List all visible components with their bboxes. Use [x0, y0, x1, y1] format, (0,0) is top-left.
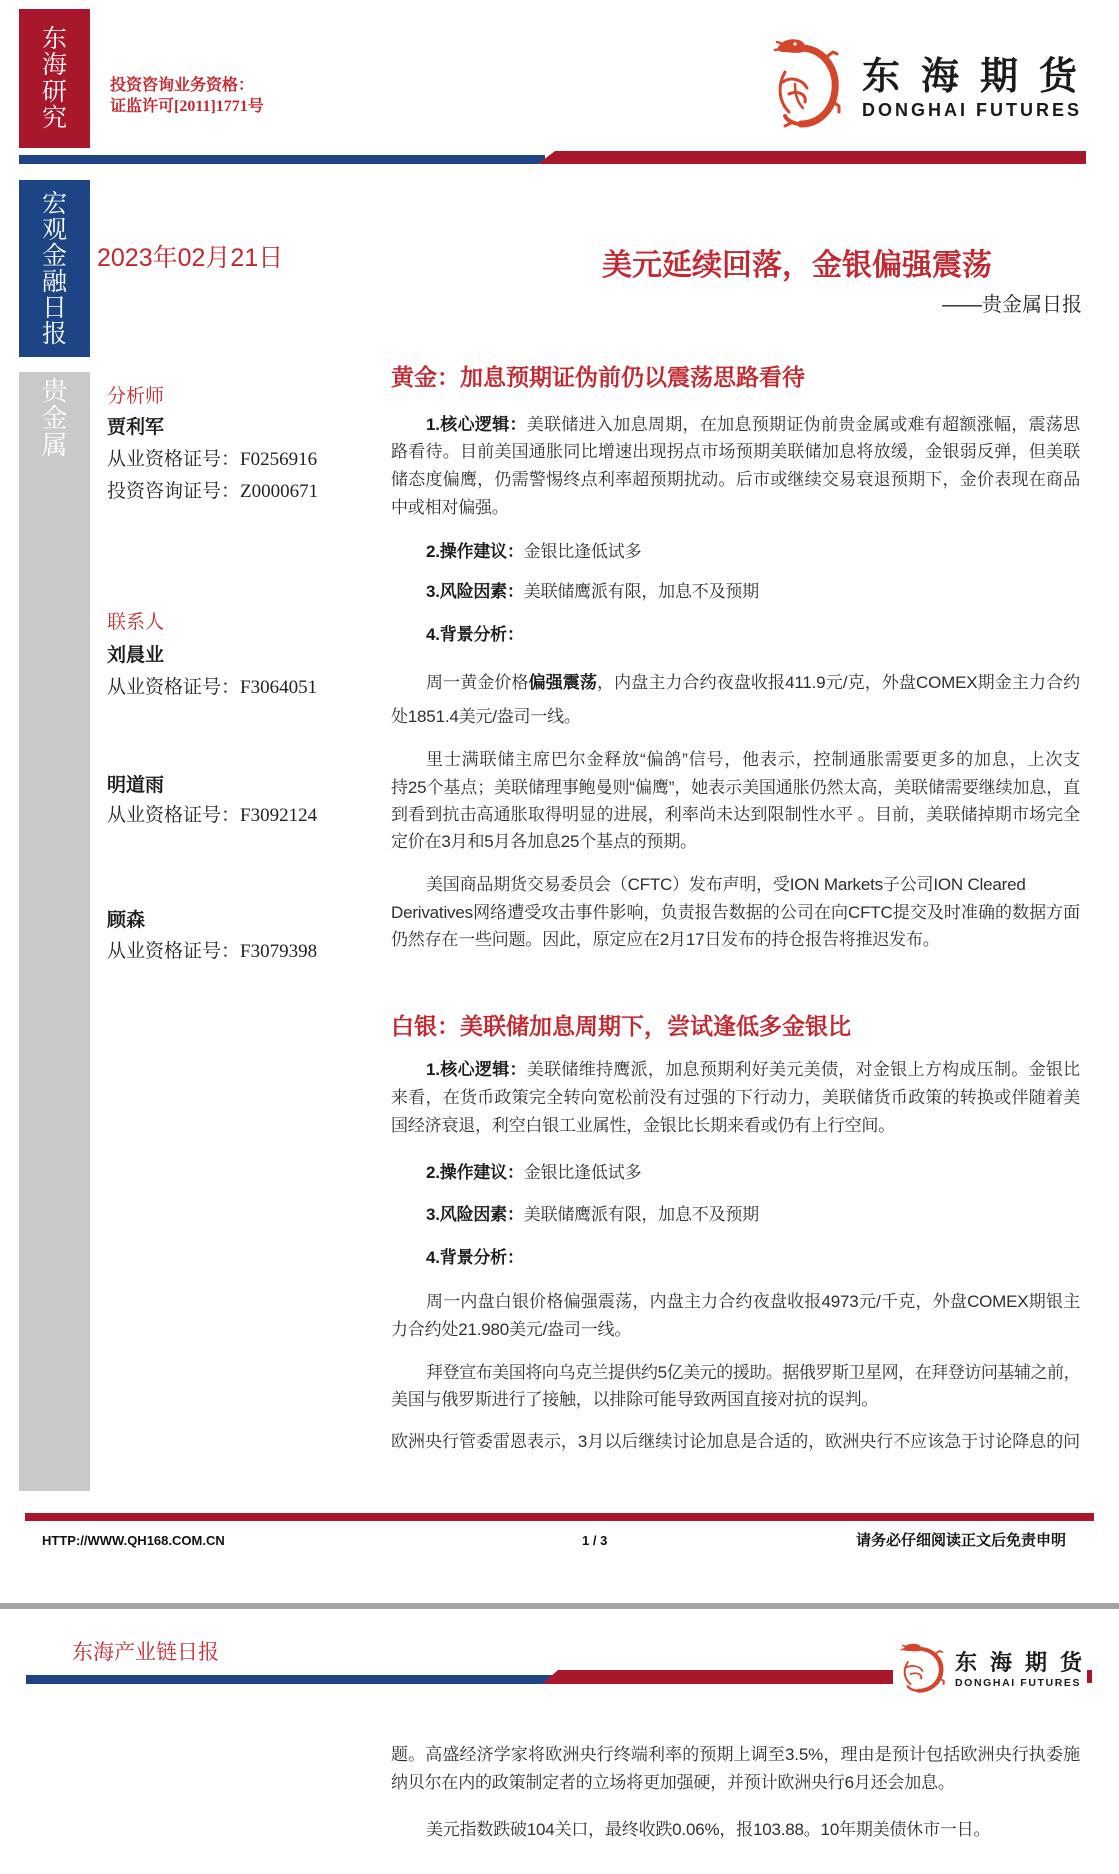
advice-label: 2.操作建议：	[426, 1163, 524, 1182]
ecb-line: 欧洲央行管委雷恩表示，3月以后继续讨论加息是合适的，欧洲央行不应该急于讨论降息的…	[391, 1428, 1080, 1456]
advice-text: 金银比逢低试多	[524, 1163, 642, 1182]
risk-text: 美联储鹰派有限，加息不及预期	[524, 582, 759, 601]
page2-header-rule-red	[542, 1670, 893, 1684]
header-rule-red	[538, 151, 1086, 164]
gold-core-logic-line: 1.核心逻辑：美联储进入加息周期，在加息预期证伪前贵金属或难有超额涨幅，震荡思	[391, 411, 1080, 439]
usd-index-line: 美元指数跌破104关口，最终收跌0.06%，报103.88。10年期美债休市一日…	[391, 1816, 1080, 1844]
logo-name-cn: 东海期货	[955, 1650, 1095, 1676]
contact-practice-cert: 从业资格证号：F3079398	[107, 940, 317, 964]
report-subtitle: ——贵金属日报	[942, 292, 1082, 318]
silver-risk-item: 3.风险因素：美联储鹰派有限，加息不及预期	[391, 1201, 1080, 1229]
background-label: 4.背景分析：	[426, 625, 524, 644]
silver-core-logic-line: 1.核心逻辑：美联储维持鹰派，加息预期利好美元美债，对金银上方构成压制。金银比	[391, 1056, 1080, 1084]
contact-practice-cert: 从业资格证号：F3092124	[107, 804, 317, 828]
risk-label: 3.风险因素：	[426, 1205, 524, 1224]
analyst-practice-cert: 从业资格证号：F0256916	[107, 448, 317, 472]
market-text-pre: 周一黄金价格	[426, 673, 529, 692]
ukraine-aid-line: 拜登宣布美国将向乌克兰提供约5亿美元的援助。据俄罗斯卫星网，在拜登访问基辅之前，	[391, 1359, 1080, 1387]
silver-core-logic-line: 来看，在货币政策完全转向宽松前没有过强的下行动力，美联储货币政策的转换或伴随着美	[391, 1084, 1080, 1112]
page2-header-end-mark	[1087, 1670, 1092, 1683]
gold-background-label: 4.背景分析：	[391, 621, 1080, 649]
sector-badge: 贵金属	[19, 372, 90, 1491]
fed-speakers-line: 里士满联储主席巴尔金释放“偏鸽”信号，他表示，控制通胀需要更多的加息，上次支	[391, 746, 1080, 774]
contact-practice-cert: 从业资格证号：F3064051	[107, 676, 317, 700]
footer-url-link[interactable]: HTTP://WWW.QH168.COM.CN	[42, 1532, 225, 1550]
core-logic-label: 1.核心逻辑：	[426, 1060, 527, 1079]
risk-text: 美联储鹰派有限，加息不及预期	[524, 1205, 759, 1224]
silver-market-line: 周一内盘白银价格偏强震荡，内盘主力合约夜盘收报4973元/千克，外盘COMEX期…	[391, 1288, 1080, 1316]
gold-core-logic-line: 路看待。目前美国通胀同比增速出现拐点市场预期美联储加息将放缓，金银弱反弹，但美联	[391, 438, 1080, 466]
core-logic-text: 美联储进入加息周期，在加息预期证伪前贵金属或难有超额涨幅，震荡思	[527, 415, 1080, 434]
gold-core-logic-line: 储态度偏鹰，仍需警惕终点利率超预期扰动。后市或继续交易衰退预期下，金价表现在商品	[391, 466, 1080, 494]
contact-name: 顾森	[107, 908, 145, 932]
company-logo: 东海期货 DONGHAI FUTURES	[773, 36, 1085, 128]
market-text-post: ，内盘主力合约夜盘收报411.9元/克，外盘COMEX期金主力合约	[597, 673, 1080, 692]
contact-name: 明道雨	[107, 773, 164, 797]
ecb-line: 纳贝尔在内的政策制定者的立场将更加强硬，并预计欧洲央行6月还会加息。	[391, 1769, 1080, 1797]
analyst-advisory-cert: 投资咨询证号：Z0000671	[107, 480, 318, 504]
silver-core-logic-line: 国经济衰退，利空白银工业属性，金银比长期来看或仍有上行空间。	[391, 1112, 1080, 1140]
research-badge: 东海研究	[19, 9, 90, 148]
report-date: 2023年02月21日	[97, 243, 283, 273]
qualification-line-2: 证监许可[2011]1771号	[110, 96, 264, 117]
silver-background-label: 4.背景分析：	[391, 1244, 1080, 1272]
page-number: 1 / 3	[582, 1532, 607, 1550]
logo-name-cn: 东海期货	[862, 54, 1098, 98]
gold-section-heading: 黄金：加息预期证伪前仍以震荡思路看待	[391, 362, 805, 392]
ukraine-aid-line: 美国与俄罗斯进行了接触，以排除可能导致两国直接对抗的误判。	[391, 1386, 1080, 1414]
core-logic-label: 1.核心逻辑：	[426, 415, 527, 434]
ecb-line: 题。高盛经济学家将欧洲央行终端利率的预期上调至3.5%，理由是预计包括欧洲央行执…	[391, 1741, 1080, 1769]
cftc-line: Derivatives网络遭受攻击事件影响，负责报告数据的公司在向CFTC提交及…	[391, 899, 1080, 927]
gold-advice-item: 2.操作建议：金银比逢低试多	[391, 538, 1080, 566]
dragon-logo-icon	[900, 1642, 945, 1693]
market-emphasis: 偏强震荡	[529, 673, 597, 692]
page2-header-title: 东海产业链日报	[72, 1640, 219, 1666]
footer-rule	[25, 1513, 1094, 1521]
research-badge-text: 东海研究	[42, 26, 68, 132]
gold-market-line: 处1851.4美元/盎司一线。	[391, 703, 1080, 731]
category-badge: 宏观金融日报	[19, 180, 90, 357]
contact-name: 刘晨业	[107, 643, 164, 667]
contact-label: 联系人	[107, 610, 164, 634]
background-label: 4.背景分析：	[426, 1248, 524, 1267]
category-badge-text: 宏观金融日报	[42, 191, 68, 347]
logo-name-en: DONGHAI FUTURES	[862, 100, 1082, 120]
fed-speakers-line: 定价在3月和5月各加息25个基点的预期。	[391, 828, 1080, 856]
silver-section-heading: 白银：美联储加息周期下，尝试逢低多金银比	[391, 1011, 851, 1041]
silver-market-line: 力合约处21.980美元/盎司一线。	[391, 1316, 1080, 1344]
sector-badge-text: 贵金属	[42, 379, 68, 460]
qualification-info: 投资咨询业务资格： 证监许可[2011]1771号	[110, 75, 264, 117]
page2-header-rule-blue	[26, 1675, 552, 1684]
advice-label: 2.操作建议：	[426, 542, 524, 561]
disclaimer-note: 请务必仔细阅读正文后免责申明	[856, 1532, 1066, 1550]
gold-core-logic-line: 中或相对偏强。	[391, 494, 1080, 522]
cftc-line: 美国商品期货交易委员会（CFTC）发布声明，受ION Markets子公司ION…	[391, 871, 1080, 899]
gold-risk-item: 3.风险因素：美联储鹰派有限，加息不及预期	[391, 578, 1080, 606]
risk-label: 3.风险因素：	[426, 582, 524, 601]
fed-speakers-line: 持25个基点；美联储理事鲍曼则“偏鹰”，她表示美国通胀仍然太高，美联储需要继续加…	[391, 774, 1080, 802]
analyst-label: 分析师	[107, 384, 164, 408]
silver-advice-item: 2.操作建议：金银比逢低试多	[391, 1159, 1080, 1187]
cftc-line: 仍然存在一些问题。因此，原定应在2月17日发布的持仓报告将推迟发布。	[391, 926, 1080, 954]
analyst-name: 贾利军	[107, 415, 164, 439]
core-logic-text: 美联储维持鹰派，加息预期利好美元美债，对金银上方构成压制。金银比	[527, 1060, 1080, 1079]
page-separator	[0, 1603, 1119, 1609]
advice-text: 金银比逢低试多	[524, 542, 642, 561]
report-title: 美元延续回落，金银偏强震荡	[602, 248, 992, 284]
logo-name-en: DONGHAI FUTURES	[955, 1677, 1081, 1689]
gold-market-line: 周一黄金价格偏强震荡，内盘主力合约夜盘收报411.9元/克，外盘COMEX期金主…	[391, 669, 1080, 697]
fed-speakers-line: 到看到抗击高通胀取得明显的进展，利率尚未达到限制性水平 。目前，美联储掉期市场完…	[391, 801, 1080, 829]
page2-company-logo: 东海期货 DONGHAI FUTURES	[898, 1642, 1088, 1694]
qualification-line-1: 投资咨询业务资格：	[110, 75, 264, 96]
dragon-logo-icon	[773, 36, 841, 128]
header-rule-blue	[19, 155, 545, 164]
